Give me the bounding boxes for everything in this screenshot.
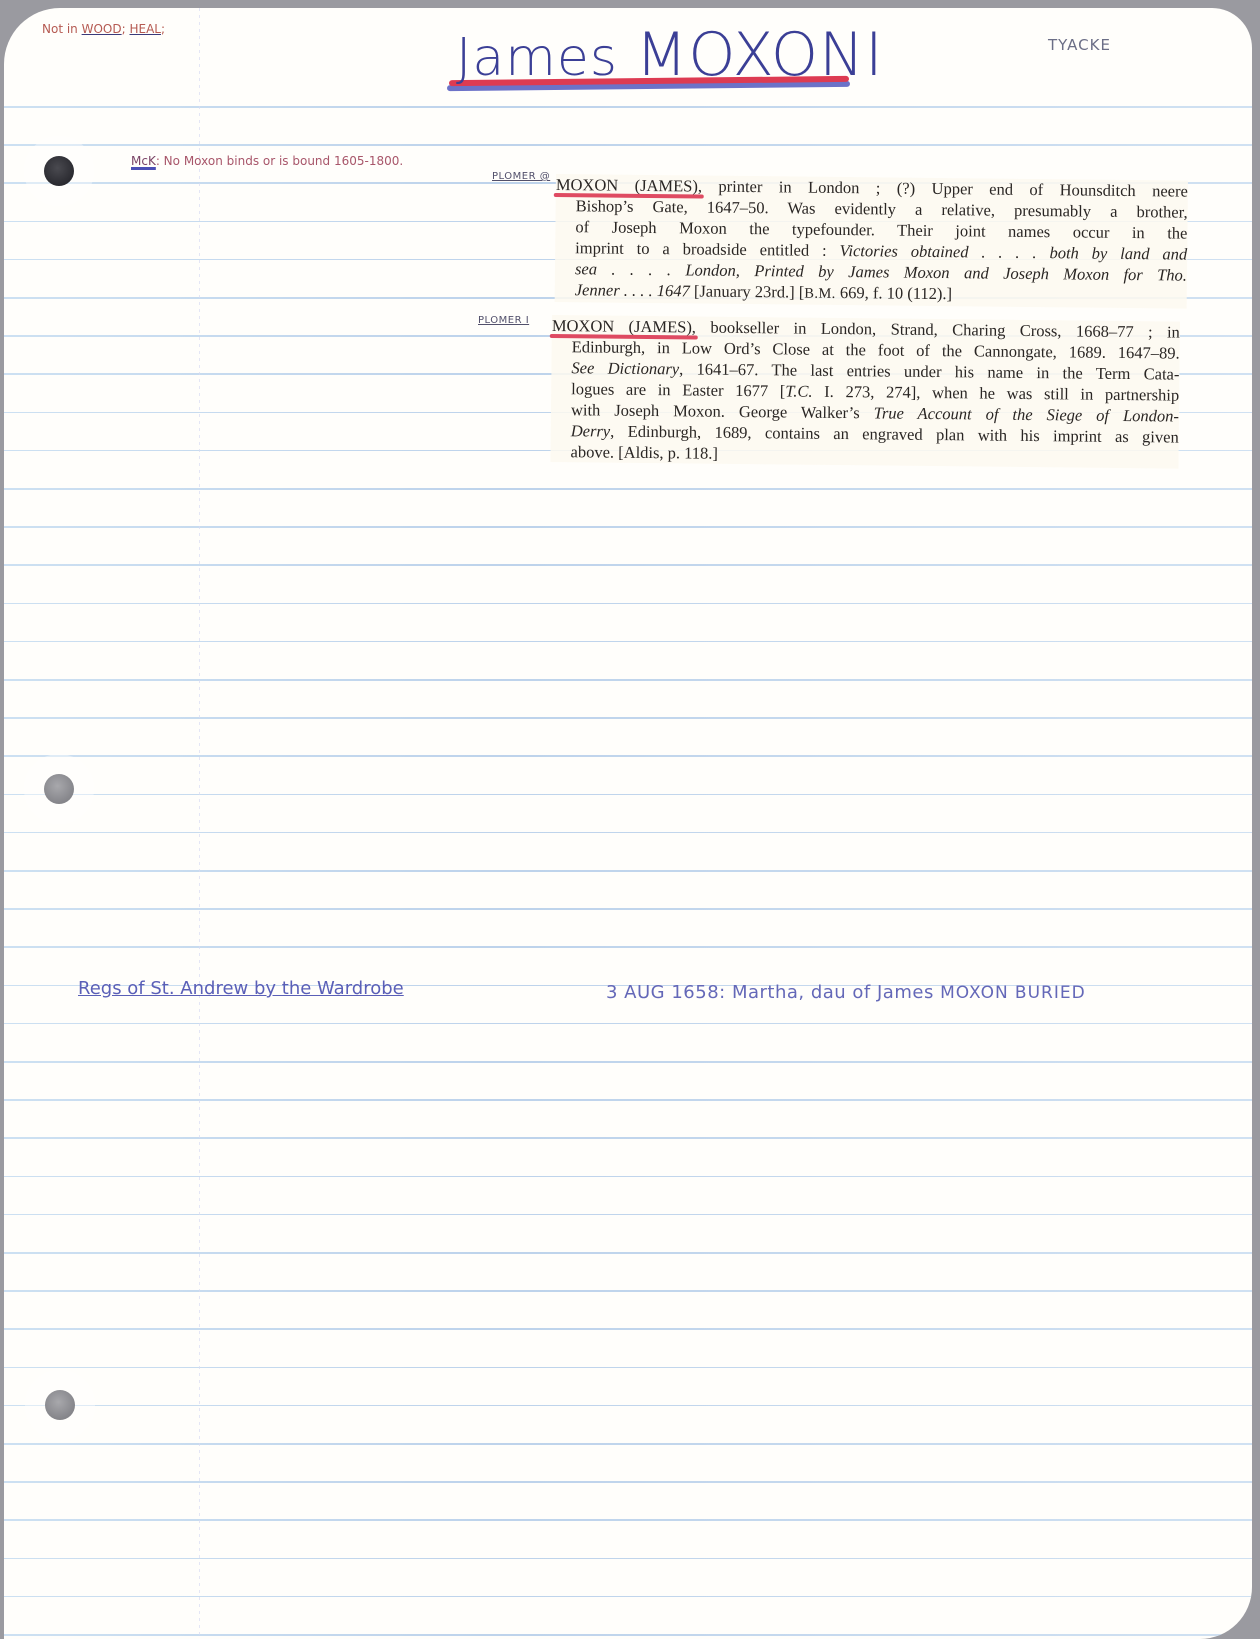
ruled-line <box>4 1214 1252 1216</box>
ruled-line <box>4 1061 1252 1063</box>
notebook-page: Not in WOOD; HEAL; James MOXONI TYACKE M… <box>4 8 1252 1639</box>
ruled-line <box>4 526 1252 528</box>
ruled-line <box>4 717 1252 719</box>
ruled-line <box>4 1481 1252 1483</box>
register-status: BURIED <box>1015 983 1086 1003</box>
binder-hole <box>44 156 74 186</box>
ruled-line <box>4 641 1252 643</box>
ruled-line <box>4 1137 1252 1139</box>
corner-note-prefix: Not in <box>42 22 78 36</box>
ruled-line <box>4 1405 1252 1407</box>
register-entry: 3 AUG 1658: Martha, dau of James MOXON B… <box>606 982 1086 1003</box>
ruled-line <box>4 1023 1252 1025</box>
register-surname: MOXON <box>940 983 1009 1003</box>
clipping-text: logues are in Easter 1677 [ <box>571 379 785 400</box>
ruled-line <box>4 1596 1252 1598</box>
ruled-line <box>4 1367 1252 1369</box>
margin-line <box>199 8 200 1639</box>
clipping-text: Derry <box>571 421 611 440</box>
corner-note-suffix: ; <box>161 22 165 36</box>
page-title: James MOXONI <box>456 20 884 90</box>
clipping-text: Victories obtained . . . . both by land … <box>839 241 1187 264</box>
ruled-line <box>4 144 1252 146</box>
mck-note-text: : No Moxon binds or is bound 1605-1800. <box>156 154 403 168</box>
ruled-line <box>4 908 1252 910</box>
ruled-line <box>4 603 1252 605</box>
corner-note-separator: ; <box>122 22 126 36</box>
clipping-text: 669, f. 10 (112).] <box>836 283 952 303</box>
register-source: Regs of St. Andrew by the Wardrobe <box>78 978 404 999</box>
corner-note: Not in WOOD; HEAL; <box>42 22 165 36</box>
ruled-line <box>4 1558 1252 1560</box>
corner-note-source-wood: WOOD <box>82 22 122 36</box>
clipping-text: [January 23rd.] [ <box>690 281 805 301</box>
ruled-line <box>4 1290 1252 1292</box>
register-entry-text: Martha, dau of James <box>732 982 934 1003</box>
corner-note-source-heal: HEAL <box>129 22 161 36</box>
ruled-line <box>4 1519 1252 1521</box>
register-date: 3 AUG 1658 <box>606 982 719 1003</box>
clipping-text: above. [Aldis, p. 118.] <box>570 442 718 463</box>
ruled-line <box>4 1634 1252 1636</box>
clipping-source-label: PLOMER I <box>478 315 529 326</box>
ruled-line <box>4 870 1252 872</box>
clipping-text: imprint to a broadside entitled : <box>575 238 840 260</box>
clipping-text: Jenner . . . . 1647 <box>575 280 690 300</box>
title-numeral: I <box>865 20 884 90</box>
ruled-line <box>4 1252 1252 1254</box>
clipping-text: True Account of the Siege of London- <box>874 403 1179 425</box>
ruled-line <box>4 106 1252 108</box>
clipping-plomer-2: MOXON (JAMES), printer in London ; (?) U… <box>555 174 1188 309</box>
ruled-line <box>4 564 1252 566</box>
ruled-line <box>4 679 1252 681</box>
ruled-line <box>4 832 1252 834</box>
clipping-heading: MOXON (JAMES), <box>552 316 696 337</box>
clipping-text: I. 273, 274], when he was still in partn… <box>812 382 1179 405</box>
ruled-line <box>4 755 1252 757</box>
mck-note-key: McK <box>131 154 156 168</box>
clipping-source-label: PLOMER @ <box>492 171 550 182</box>
ruled-line <box>4 794 1252 796</box>
ruled-line <box>4 1099 1252 1101</box>
ruled-line <box>4 488 1252 490</box>
clipping-text: B.M. <box>804 286 836 302</box>
title-surname: MOXON <box>635 20 865 90</box>
clipping-text: See Dictionary <box>571 358 679 378</box>
clipping-text: T.C. <box>785 381 812 400</box>
clipping-text: with Joseph Moxon. George Walker’s <box>571 400 874 422</box>
title-first-name: James <box>456 28 618 88</box>
clipping-heading: MOXON (JAMES), <box>556 175 702 196</box>
binder-hole <box>45 1390 75 1420</box>
ruled-line <box>4 1328 1252 1330</box>
ruled-line <box>4 1443 1252 1445</box>
clipping-plomer-1: MOXON (JAMES), bookseller in London, Str… <box>550 315 1180 469</box>
ruled-line <box>4 1176 1252 1178</box>
top-right-note: TYACKE <box>1048 36 1111 54</box>
binder-hole <box>44 774 74 804</box>
mck-note: McK: No Moxon binds or is bound 1605-180… <box>131 154 403 168</box>
ruled-line <box>4 946 1252 948</box>
